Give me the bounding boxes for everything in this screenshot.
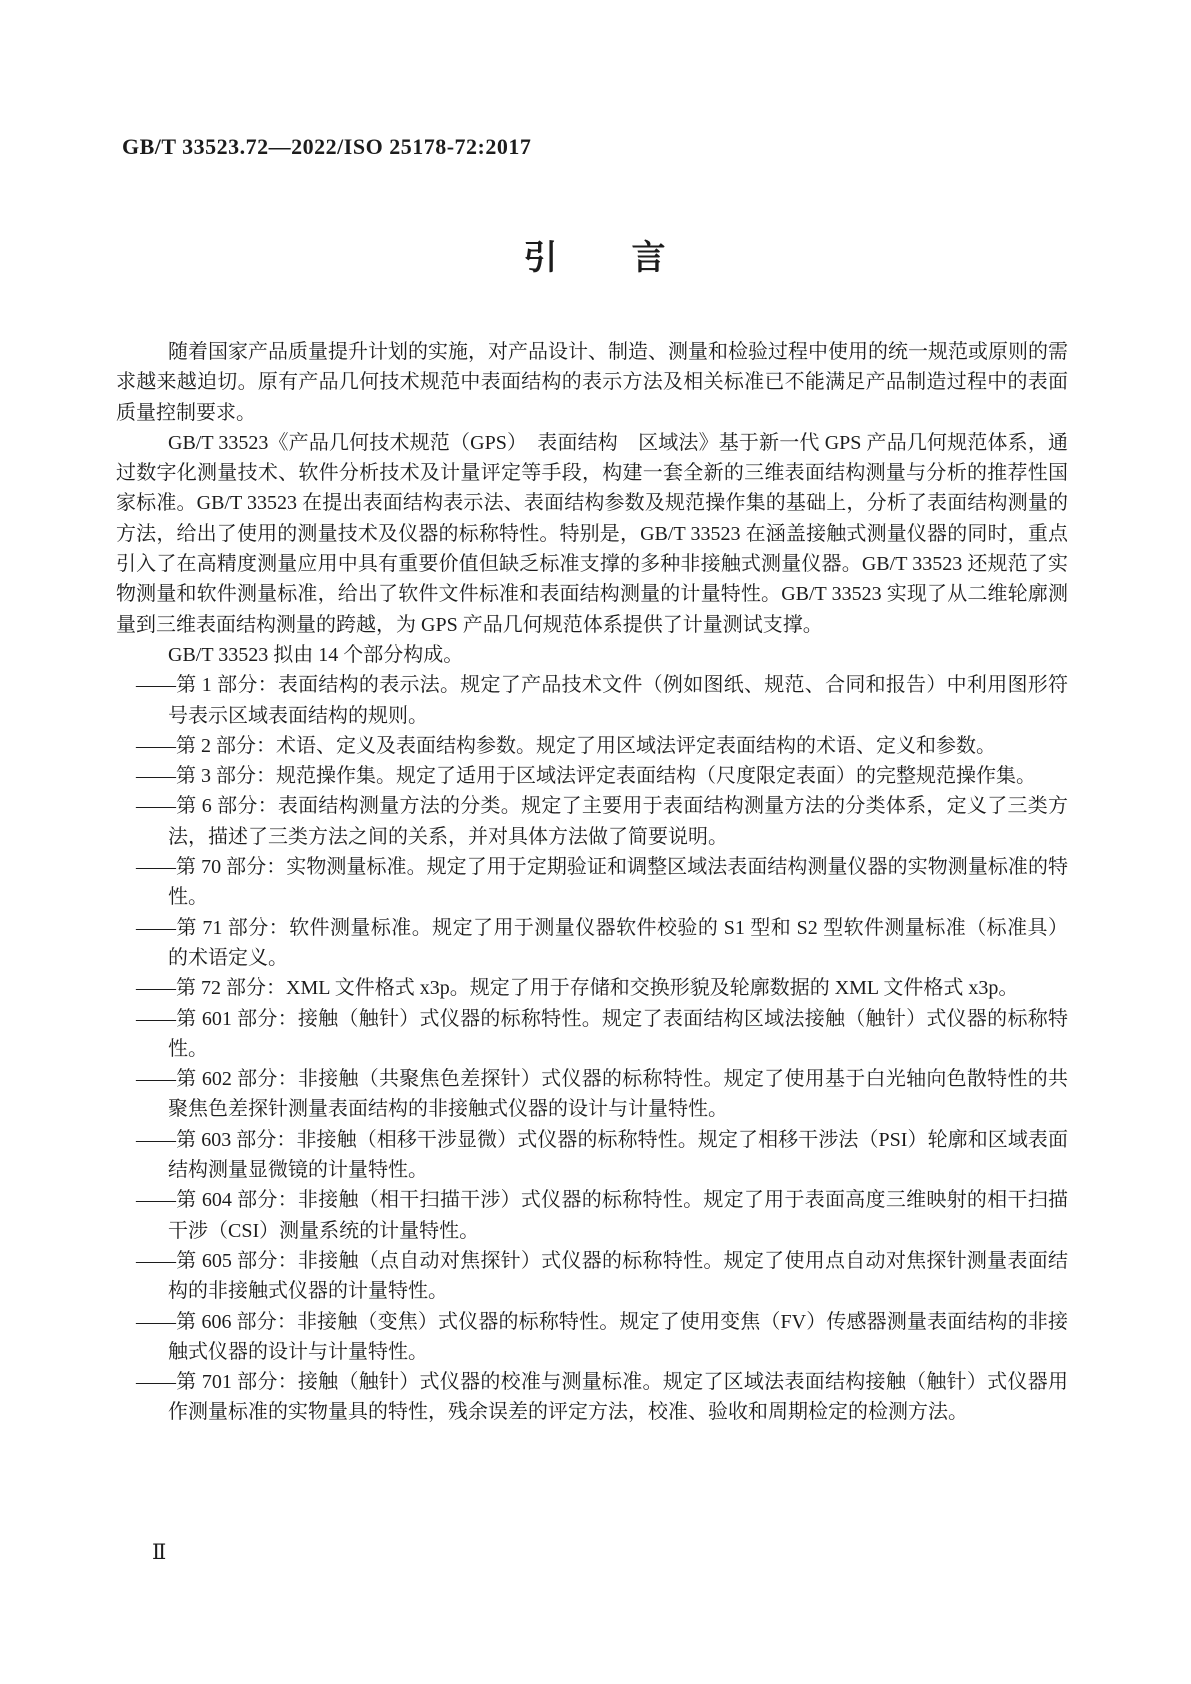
- standard-part-item-602: ——第 602 部分：非接触（共聚焦色差探针）式仪器的标称特性。规定了使用基于白…: [116, 1064, 1068, 1125]
- standard-number-header: GB/T 33523.72—2022/ISO 25178-72:2017: [122, 134, 531, 160]
- standard-part-item-71: ——第 71 部分：软件测量标准。规定了用于测量仪器软件校验的 S1 型和 S2…: [116, 913, 1068, 974]
- intro-paragraph-3: GB/T 33523 拟由 14 个部分构成。: [116, 640, 1068, 670]
- page-title: 引 言: [0, 230, 1191, 279]
- standard-part-item-605: ——第 605 部分：非接触（点自动对焦探针）式仪器的标称特性。规定了使用点自动…: [116, 1246, 1068, 1307]
- standard-part-item-72: ——第 72 部分：XML 文件格式 x3p。规定了用于存储和交换形貌及轮廓数据…: [116, 973, 1068, 1003]
- standard-part-item-6: ——第 6 部分：表面结构测量方法的分类。规定了主要用于表面结构测量方法的分类体…: [116, 791, 1068, 852]
- intro-paragraph-2: GB/T 33523《产品几何技术规范（GPS） 表面结构 区域法》基于新一代 …: [116, 428, 1068, 640]
- standard-part-item-1: ——第 1 部分：表面结构的表示法。规定了产品技术文件（例如图纸、规范、合同和报…: [116, 670, 1068, 731]
- standard-part-item-3: ——第 3 部分：规范操作集。规定了适用于区域法评定表面结构（尺度限定表面）的完…: [116, 761, 1068, 791]
- standard-part-item-2: ——第 2 部分：术语、定义及表面结构参数。规定了用区域法评定表面结构的术语、定…: [116, 731, 1068, 761]
- standard-part-item-70: ——第 70 部分：实物测量标准。规定了用于定期验证和调整区域法表面结构测量仪器…: [116, 852, 1068, 913]
- standard-part-item-601: ——第 601 部分：接触（触针）式仪器的标称特性。规定了表面结构区域法接触（触…: [116, 1004, 1068, 1065]
- page-number: Ⅱ: [152, 1540, 166, 1565]
- intro-paragraph-1: 随着国家产品质量提升计划的实施，对产品设计、制造、测量和检验过程中使用的统一规范…: [116, 337, 1068, 428]
- introduction-body: 随着国家产品质量提升计划的实施，对产品设计、制造、测量和检验过程中使用的统一规范…: [116, 337, 1068, 1428]
- standard-part-item-603: ——第 603 部分：非接触（相移干涉显微）式仪器的标称特性。规定了相移干涉法（…: [116, 1125, 1068, 1186]
- document-page: GB/T 33523.72—2022/ISO 25178-72:2017 引 言…: [0, 0, 1191, 1684]
- standard-part-item-604: ——第 604 部分：非接触（相干扫描干涉）式仪器的标称特性。规定了用于表面高度…: [116, 1185, 1068, 1246]
- standard-part-item-701: ——第 701 部分：接触（触针）式仪器的校准与测量标准。规定了区域法表面结构接…: [116, 1367, 1068, 1428]
- standard-part-item-606: ——第 606 部分：非接触（变焦）式仪器的标称特性。规定了使用变焦（FV）传感…: [116, 1307, 1068, 1368]
